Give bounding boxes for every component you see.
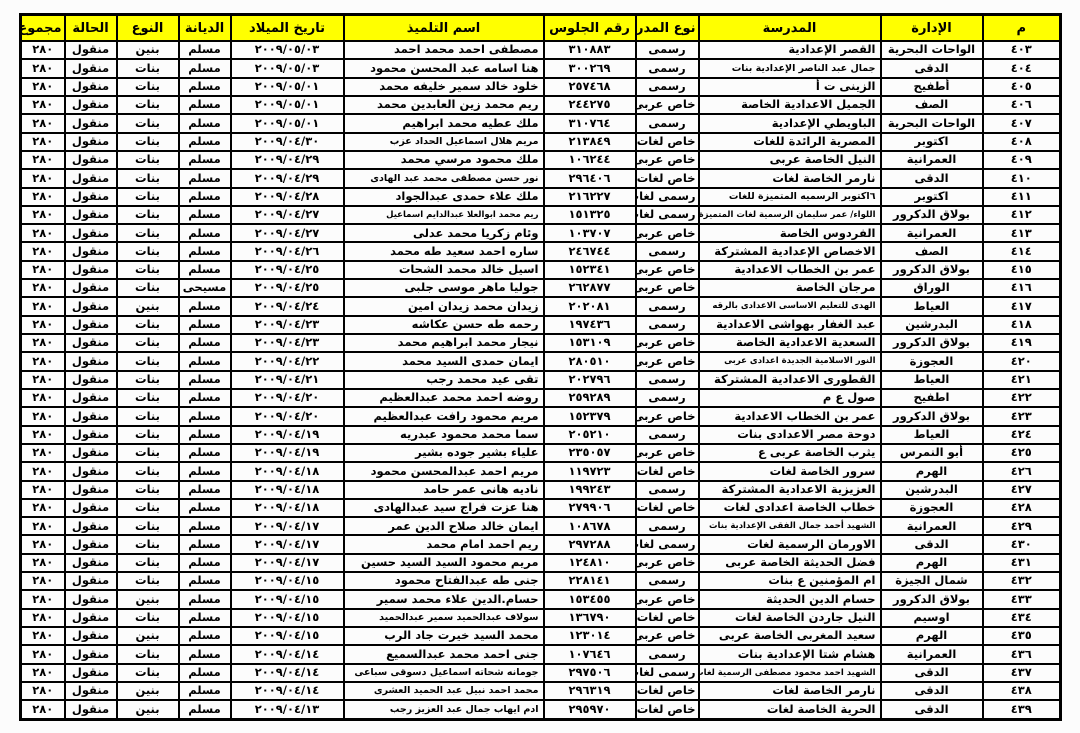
column-header-seat-number: رقم الجلوس	[544, 15, 636, 42]
table-row: ٤٠٨اكتوبرالمصرية الرائدة للغاتخاص لغات٢١…	[21, 133, 1061, 151]
cell-status: منقول	[65, 645, 117, 663]
cell-birth-date: ٢٠٠٩/٠٤/١٤	[231, 664, 344, 682]
cell-school: القطورى الاعدادية المشتركة	[699, 371, 881, 389]
cell-school: سعيد المغربى الخاصة عربى	[699, 627, 881, 645]
table-row: ٤١٨البدرشينعبد الغفار بهواشى الاعداديةرس…	[21, 316, 1061, 334]
cell-administration: الدقى	[881, 59, 983, 77]
cell-school-type: رسمى	[636, 297, 699, 315]
cell-status: منقول	[65, 188, 117, 206]
cell-birth-date: ٢٠٠٩/٠٤/٢٤	[231, 297, 344, 315]
cell-total: ٢٨٠	[21, 96, 65, 114]
cell-student-name: وئام زكريا محمد عدلى	[344, 224, 544, 242]
cell-school-type: خاص عربى	[636, 261, 699, 279]
cell-school: الحرية الخاصة لغات	[699, 700, 881, 719]
cell-student-name: اسيل خالد محمد الشحات	[344, 261, 544, 279]
cell-gender: بنات	[117, 664, 179, 682]
cell-student-name: ايمان حمدى السيد محمد	[344, 352, 544, 370]
table-row: ٤٢٢اطفيحصول ع مرسمى٢٥٩٢٨٩روضه احمد محمد …	[21, 389, 1061, 407]
cell-status: منقول	[65, 444, 117, 462]
cell-total: ٢٨٠	[21, 151, 65, 169]
cell-school: الفردوس الخاصة	[699, 224, 881, 242]
cell-school: الاخصاص الإعدادية المشتركة	[699, 242, 881, 260]
cell-administration: البدرشين	[881, 316, 983, 334]
cell-gender: بنات	[117, 96, 179, 114]
table-row: ٤٢١العياطالقطورى الاعدادية المشتركةرسمى٢…	[21, 371, 1061, 389]
cell-school-type: خاص لغات	[636, 700, 699, 719]
cell-row-number: ٤٢٦	[983, 462, 1061, 480]
cell-status: منقول	[65, 114, 117, 132]
cell-birth-date: ٢٠٠٩/٠٤/١٣	[231, 700, 344, 719]
cell-status: منقول	[65, 297, 117, 315]
cell-total: ٢٨٠	[21, 114, 65, 132]
cell-gender: بنات	[117, 554, 179, 572]
column-header-birth-date: تاريخ الميلاد	[231, 15, 344, 42]
cell-religion: مسلم	[179, 554, 231, 572]
cell-school-type: رسمى	[636, 481, 699, 499]
cell-row-number: ٤٣٠	[983, 535, 1061, 553]
cell-gender: بنات	[117, 462, 179, 480]
cell-gender: بنات	[117, 444, 179, 462]
cell-birth-date: ٢٠٠٩/٠٤/١٥	[231, 627, 344, 645]
cell-school: القصر الإعدادية	[699, 41, 881, 59]
cell-total: ٢٨٠	[21, 316, 65, 334]
cell-administration: أبو النمرس	[881, 444, 983, 462]
cell-gender: بنات	[117, 242, 179, 260]
cell-status: منقول	[65, 206, 117, 224]
cell-religion: مسلم	[179, 609, 231, 627]
cell-seat-number: ٢٤٤٢٧٥	[544, 96, 636, 114]
cell-total: ٢٨٠	[21, 242, 65, 260]
cell-status: منقول	[65, 700, 117, 719]
cell-administration: اوسيم	[881, 609, 983, 627]
cell-school: الجميل الاعدادية الخاصة	[699, 96, 881, 114]
cell-school-type: رسمى	[636, 316, 699, 334]
cell-student-name: هنا عزت فراج سيد عبدالهادى	[344, 499, 544, 517]
cell-school: سرور الخاصة لغات	[699, 462, 881, 480]
cell-religion: مسلم	[179, 41, 231, 59]
cell-seat-number: ٢٩٦٤٠٦	[544, 169, 636, 187]
column-header-row-number: م	[983, 15, 1061, 42]
cell-student-name: علياء بشير جوده بشير	[344, 444, 544, 462]
cell-birth-date: ٢٠٠٩/٠٤/٢٥	[231, 279, 344, 297]
cell-administration: الصف	[881, 242, 983, 260]
cell-row-number: ٤٣٣	[983, 590, 1061, 608]
table-row: ٤١٦الوراقمرجان الخاصةخاص عربى٢٦٢٨٧٧جوليا…	[21, 279, 1061, 297]
cell-status: منقول	[65, 554, 117, 572]
table-row: ٤٣٢شمال الجيزةام المؤمنين ع بناترسمى٢٢٨١…	[21, 572, 1061, 590]
cell-birth-date: ٢٠٠٩/٠٤/١٥	[231, 609, 344, 627]
table-header-row: مالإدارةالمدرسةنوع المدرسةرقم الجلوساسم …	[21, 15, 1061, 42]
cell-birth-date: ٢٠٠٩/٠٤/١٥	[231, 572, 344, 590]
cell-school-type: رسمى	[636, 242, 699, 260]
cell-school-type: رسمى	[636, 389, 699, 407]
cell-student-name: رحمه طه حسن عكاشه	[344, 316, 544, 334]
cell-row-number: ٤٢٨	[983, 499, 1061, 517]
cell-school: المصرية الرائدة للغات	[699, 133, 881, 151]
cell-religion: مسلم	[179, 114, 231, 132]
cell-religion: مسلم	[179, 517, 231, 535]
cell-school: النور الاسلامية الجديدة اعدادى عربى	[699, 352, 881, 370]
cell-religion: مسلم	[179, 371, 231, 389]
cell-gender: بنات	[117, 114, 179, 132]
cell-school-type: رسمى لغات	[636, 664, 699, 682]
cell-seat-number: ١٥١٣٢٥	[544, 206, 636, 224]
cell-student-name: مصطفى احمد محمد احمد	[344, 41, 544, 59]
student-results-page: { "colors": { "header_bg": "#ffff00", "b…	[0, 0, 1080, 733]
cell-gender: بنات	[117, 261, 179, 279]
cell-status: منقول	[65, 224, 117, 242]
cell-administration: اكتوبر	[881, 133, 983, 151]
cell-seat-number: ١٠٨٦٧٨	[544, 517, 636, 535]
cell-school-type: رسمى	[636, 41, 699, 59]
table-row: ٤٢٩العمرانيةالشهيد أحمد جمال الفقى الإعد…	[21, 517, 1061, 535]
cell-gender: بنات	[117, 334, 179, 352]
cell-administration: العمرانية	[881, 517, 983, 535]
cell-birth-date: ٢٠٠٩/٠٤/٢٩	[231, 151, 344, 169]
cell-seat-number: ١٢٤٨١٠	[544, 554, 636, 572]
cell-administration: الدقى	[881, 664, 983, 682]
cell-school-type: خاص عربى	[636, 407, 699, 425]
cell-school-type: خاص لغات	[636, 462, 699, 480]
cell-gender: بنات	[117, 426, 179, 444]
cell-total: ٢٨٠	[21, 371, 65, 389]
cell-row-number: ٤١٢	[983, 206, 1061, 224]
column-header-religion: الديانة	[179, 15, 231, 42]
cell-student-name: تقى عيد محمد رجب	[344, 371, 544, 389]
cell-status: منقول	[65, 352, 117, 370]
cell-administration: اطفيح	[881, 389, 983, 407]
table-row: ٤٣١الهرمفضل الحديثة الخاصة عربىخاص عربى١…	[21, 554, 1061, 572]
cell-total: ٢٨٠	[21, 133, 65, 151]
cell-seat-number: ٢٣٥٠٥٧	[544, 444, 636, 462]
cell-total: ٢٨٠	[21, 682, 65, 700]
cell-student-name: جنى احمد محمد عبدالسميع	[344, 645, 544, 663]
cell-row-number: ٤٣٥	[983, 627, 1061, 645]
cell-administration: شمال الجيزة	[881, 572, 983, 590]
cell-student-name: نور حسن مصطفى محمد عبد الهادى	[344, 169, 544, 187]
cell-religion: مسلم	[179, 151, 231, 169]
cell-row-number: ٤٣٧	[983, 664, 1061, 682]
cell-seat-number: ٢١٣٨٤٩	[544, 133, 636, 151]
cell-birth-date: ٢٠٠٩/٠٤/١٩	[231, 444, 344, 462]
cell-school-type: رسمى لغات	[636, 188, 699, 206]
cell-status: منقول	[65, 59, 117, 77]
cell-row-number: ٤٢٧	[983, 481, 1061, 499]
cell-student-name: محمد احمد نبيل عبد الحميد العشرى	[344, 682, 544, 700]
table-row: ٤٣٤اوسيمالنيل جاردن الخاصة لغاتخاص لغات١…	[21, 609, 1061, 627]
cell-religion: مسلم	[179, 389, 231, 407]
column-header-student-name: اسم التلميذ	[344, 15, 544, 42]
cell-birth-date: ٢٠٠٩/٠٤/٢٠	[231, 407, 344, 425]
cell-seat-number: ١٢٣٠١٤	[544, 627, 636, 645]
cell-school: جمال عبد الناصر الإعدادية بنات	[699, 59, 881, 77]
cell-school: حسام الدين الحديثة	[699, 590, 881, 608]
cell-status: منقول	[65, 572, 117, 590]
cell-religion: مسلم	[179, 426, 231, 444]
cell-birth-date: ٢٠٠٩/٠٤/١٤	[231, 682, 344, 700]
cell-student-name: جنى طه عبدالفتاح محمود	[344, 572, 544, 590]
cell-total: ٢٨٠	[21, 517, 65, 535]
cell-administration: الوراق	[881, 279, 983, 297]
cell-administration: بولاق الدكرور	[881, 334, 983, 352]
cell-gender: بنات	[117, 481, 179, 499]
cell-status: منقول	[65, 462, 117, 480]
table-row: ٤٠٦الصفالجميل الاعدادية الخاصةخاص عربى٢٤…	[21, 96, 1061, 114]
table-row: ٤٢٤العياطدوحة مصر الاعدادى بناترسمى٢٠٥٢١…	[21, 426, 1061, 444]
cell-religion: مسلم	[179, 664, 231, 682]
cell-school-type: خاص عربى	[636, 444, 699, 462]
cell-total: ٢٨٠	[21, 645, 65, 663]
student-results-table: مالإدارةالمدرسةنوع المدرسةرقم الجلوساسم …	[19, 13, 1062, 721]
cell-religion: مسلم	[179, 206, 231, 224]
cell-birth-date: ٢٠٠٩/٠٤/١٤	[231, 645, 344, 663]
cell-status: منقول	[65, 96, 117, 114]
cell-status: منقول	[65, 169, 117, 187]
cell-school: عمر بن الخطاب الاعدادية	[699, 407, 881, 425]
cell-student-name: روضه احمد محمد عبدالعظيم	[344, 389, 544, 407]
cell-row-number: ٤٠٤	[983, 59, 1061, 77]
cell-birth-date: ٢٠٠٩/٠٤/١٨	[231, 499, 344, 517]
cell-status: منقول	[65, 261, 117, 279]
cell-religion: مسلم	[179, 242, 231, 260]
cell-religion: مسلم	[179, 462, 231, 480]
cell-school: خطاب الخاصة اعدادى لغات	[699, 499, 881, 517]
cell-status: منقول	[65, 242, 117, 260]
cell-seat-number: ٢٩٧٥٠٦	[544, 664, 636, 682]
cell-student-name: مريم محمود السيد السيد حسين	[344, 554, 544, 572]
cell-status: منقول	[65, 371, 117, 389]
cell-total: ٢٨٠	[21, 41, 65, 59]
cell-total: ٢٨٠	[21, 334, 65, 352]
cell-administration: الدقى	[881, 682, 983, 700]
cell-seat-number: ٢٩٥٩٧٠	[544, 700, 636, 719]
cell-student-name: ادم ايهاب جمال عبد العزيز رجب	[344, 700, 544, 719]
cell-school-type: رسمى	[636, 78, 699, 96]
cell-student-name: مريم احمد عبدالمحسن محمود	[344, 462, 544, 480]
cell-student-name: ملك محمود مرسي محمد	[344, 151, 544, 169]
cell-school: نارمر الخاصة لغات	[699, 682, 881, 700]
cell-administration: الدقى	[881, 700, 983, 719]
cell-religion: مسلم	[179, 481, 231, 499]
cell-student-name: مريم هلال اسماعيل الحداد عزب	[344, 133, 544, 151]
cell-row-number: ٤٠٥	[983, 78, 1061, 96]
cell-seat-number: ١٥٣١٠٩	[544, 334, 636, 352]
cell-school: الزينى ت أ	[699, 78, 881, 96]
cell-administration: العمرانية	[881, 645, 983, 663]
cell-administration: بولاق الدكرور	[881, 590, 983, 608]
cell-religion: مسلم	[179, 261, 231, 279]
cell-birth-date: ٢٠٠٩/٠٥/٠٣	[231, 41, 344, 59]
cell-religion: مسلم	[179, 682, 231, 700]
cell-student-name: ريم احمد امام محمد	[344, 535, 544, 553]
cell-birth-date: ٢٠٠٩/٠٤/٢٠	[231, 389, 344, 407]
cell-total: ٢٨٠	[21, 426, 65, 444]
cell-seat-number: ٣١٠٨٨٣	[544, 41, 636, 59]
cell-school: العزيزية الاعدادية المشتركة	[699, 481, 881, 499]
column-header-school-type: نوع المدرسة	[636, 15, 699, 42]
cell-school-type: خاص لغات	[636, 169, 699, 187]
cell-school: الهدى للتعليم الاساسى الاعدادى بالرقه	[699, 297, 881, 315]
cell-row-number: ٤٣٤	[983, 609, 1061, 627]
cell-status: منقول	[65, 279, 117, 297]
cell-student-name: ناديه هانى عمر حامد	[344, 481, 544, 499]
cell-row-number: ٤١٩	[983, 334, 1061, 352]
cell-status: منقول	[65, 609, 117, 627]
cell-total: ٢٨٠	[21, 169, 65, 187]
cell-religion: مسلم	[179, 297, 231, 315]
cell-religion: مسلم	[179, 407, 231, 425]
cell-gender: بنات	[117, 316, 179, 334]
cell-birth-date: ٢٠٠٩/٠٤/٢٣	[231, 334, 344, 352]
cell-gender: بنات	[117, 535, 179, 553]
cell-religion: مسلم	[179, 535, 231, 553]
table-row: ٤٢٦الهرمسرور الخاصة لغاتخاص لغات١١٩٧٢٣مر…	[21, 462, 1061, 480]
cell-school-type: خاص عربى	[636, 352, 699, 370]
cell-row-number: ٤٢٠	[983, 352, 1061, 370]
cell-birth-date: ٢٠٠٩/٠٤/١٧	[231, 554, 344, 572]
cell-gender: بنات	[117, 169, 179, 187]
cell-row-number: ٤٢٥	[983, 444, 1061, 462]
cell-administration: الهرم	[881, 462, 983, 480]
cell-student-name: خلود خالد سمير خليفه محمد	[344, 78, 544, 96]
cell-total: ٢٨٠	[21, 700, 65, 719]
table-row: ٤٢٥أبو النمرسيثرب الخاصة عربى عخاص عربى٢…	[21, 444, 1061, 462]
cell-status: منقول	[65, 151, 117, 169]
cell-school-type: خاص عربى	[636, 279, 699, 297]
cell-total: ٢٨٠	[21, 188, 65, 206]
cell-row-number: ٤٠٧	[983, 114, 1061, 132]
cell-religion: مسلم	[179, 499, 231, 517]
cell-religion: مسلم	[179, 188, 231, 206]
cell-religion: مسلم	[179, 444, 231, 462]
cell-school-type: رسمى	[636, 645, 699, 663]
table-row: ٤٠٧الواحات البحريةالباويطي الإعداديةرسمى…	[21, 114, 1061, 132]
cell-birth-date: ٢٠٠٩/٠٤/٢٩	[231, 169, 344, 187]
cell-religion: مسلم	[179, 59, 231, 77]
cell-row-number: ٤١٥	[983, 261, 1061, 279]
cell-administration: العياط	[881, 371, 983, 389]
cell-religion: مسلم	[179, 96, 231, 114]
cell-student-name: هنا اسامه عبد المحسن محمود	[344, 59, 544, 77]
table-row: ٤٣٣بولاق الدكرورحسام الدين الحديثةخاص عر…	[21, 590, 1061, 608]
table-row: ٤٠٣الواحات البحريةالقصر الإعداديةرسمى٣١٠…	[21, 41, 1061, 59]
cell-school: الشهيد احمد محمود مصطفى الرسمية لغات	[699, 664, 881, 682]
cell-total: ٢٨٠	[21, 554, 65, 572]
cell-seat-number: ١٠٧٦٤٦	[544, 645, 636, 663]
cell-student-name: حسام.الدين علاء محمد سمير	[344, 590, 544, 608]
cell-total: ٢٨٠	[21, 78, 65, 96]
cell-administration: البدرشين	[881, 481, 983, 499]
cell-row-number: ٤١٨	[983, 316, 1061, 334]
cell-row-number: ٤٢٢	[983, 389, 1061, 407]
cell-status: منقول	[65, 334, 117, 352]
cell-gender: بنات	[117, 151, 179, 169]
cell-gender: بنات	[117, 371, 179, 389]
table-row: ٤٣٩الدقىالحرية الخاصة لغاتخاص لغات٢٩٥٩٧٠…	[21, 700, 1061, 719]
cell-gender: بنات	[117, 206, 179, 224]
cell-administration: الدقى	[881, 535, 983, 553]
cell-total: ٢٨٠	[21, 572, 65, 590]
cell-school-type: خاص عربى	[636, 96, 699, 114]
cell-gender: بنات	[117, 389, 179, 407]
table-row: ٤١٢بولاق الدكروراللواء/ عمر سليمان الرسم…	[21, 206, 1061, 224]
cell-gender: بنات	[117, 224, 179, 242]
cell-birth-date: ٢٠٠٩/٠٤/١٩	[231, 426, 344, 444]
cell-school: عمر بن الخطاب الاعدادية	[699, 261, 881, 279]
cell-row-number: ٤١٣	[983, 224, 1061, 242]
cell-birth-date: ٢٠٠٩/٠٤/٢١	[231, 371, 344, 389]
cell-school: الاورمان الرسمية لغات	[699, 535, 881, 553]
cell-status: منقول	[65, 41, 117, 59]
cell-school-type: خاص لغات	[636, 133, 699, 151]
cell-total: ٢٨٠	[21, 389, 65, 407]
table-row: ٤٢٣بولاق الدكرورعمر بن الخطاب الاعداديةخ…	[21, 407, 1061, 425]
cell-row-number: ٤٣٩	[983, 700, 1061, 719]
cell-religion: مسلم	[179, 645, 231, 663]
cell-seat-number: ٣١٠٧٦٤	[544, 114, 636, 132]
cell-seat-number: ١٩٩٢٤٣	[544, 481, 636, 499]
cell-school-type: خاص لغات	[636, 682, 699, 700]
cell-row-number: ٤٣٢	[983, 572, 1061, 590]
cell-school: ٦اكتوبر الرسميه المتميزة للغات	[699, 188, 881, 206]
cell-status: منقول	[65, 481, 117, 499]
cell-seat-number: ٢٤٦٧٤٤	[544, 242, 636, 260]
cell-gender: بنات	[117, 645, 179, 663]
table-row: ٤٣٨الدقىنارمر الخاصة لغاتخاص لغات٢٩٦٣١٩م…	[21, 682, 1061, 700]
cell-religion: مسلم	[179, 572, 231, 590]
cell-gender: بنات	[117, 499, 179, 517]
cell-total: ٢٨٠	[21, 499, 65, 517]
cell-row-number: ٤٣٨	[983, 682, 1061, 700]
cell-seat-number: ٢٩٧٢٨٨	[544, 535, 636, 553]
cell-gender: بنين	[117, 682, 179, 700]
cell-school-type: رسمى	[636, 371, 699, 389]
cell-religion: مسلم	[179, 78, 231, 96]
cell-school: اللواء/ عمر سليمان الرسمية لغات المتميزة	[699, 206, 881, 224]
table-row: ٤١٤الصفالاخصاص الإعدادية المشتركةرسمى٢٤٦…	[21, 242, 1061, 260]
cell-seat-number: ٣٠٠٢٦٩	[544, 59, 636, 77]
cell-administration: العجوزة	[881, 499, 983, 517]
cell-total: ٢٨٠	[21, 444, 65, 462]
cell-gender: بنات	[117, 517, 179, 535]
cell-birth-date: ٢٠٠٩/٠٤/٢٣	[231, 316, 344, 334]
cell-administration: العمرانية	[881, 151, 983, 169]
cell-seat-number: ٢٦٢٨٧٧	[544, 279, 636, 297]
table-row: ٤١٠الدقىنارمر الخاصة لغاتخاص لغات٢٩٦٤٠٦ن…	[21, 169, 1061, 187]
cell-administration: بولاق الدكرور	[881, 407, 983, 425]
cell-administration: العمرانية	[881, 224, 983, 242]
cell-birth-date: ٢٠٠٩/٠٤/٢٨	[231, 188, 344, 206]
cell-seat-number: ٢٨٠٥١٠	[544, 352, 636, 370]
cell-gender: بنات	[117, 59, 179, 77]
cell-row-number: ٤٠٦	[983, 96, 1061, 114]
cell-student-name: نيجار محمد ابراهيم محمد	[344, 334, 544, 352]
cell-school: الشهيد أحمد جمال الفقى الإعدادية بنات	[699, 517, 881, 535]
cell-row-number: ٤٣٦	[983, 645, 1061, 663]
cell-religion: مسلم	[179, 133, 231, 151]
cell-seat-number: ٢٠٢٧٩٦	[544, 371, 636, 389]
cell-row-number: ٤٢٣	[983, 407, 1061, 425]
cell-birth-date: ٢٠٠٩/٠٥/٠٣	[231, 59, 344, 77]
cell-student-name: ساره احمد سعيد طه محمد	[344, 242, 544, 260]
cell-status: منقول	[65, 682, 117, 700]
cell-row-number: ٤٢٤	[983, 426, 1061, 444]
cell-birth-date: ٢٠٠٩/٠٤/٢٦	[231, 242, 344, 260]
table-row: ٤٣٧الدقىالشهيد احمد محمود مصطفى الرسمية …	[21, 664, 1061, 682]
cell-birth-date: ٢٠٠٩/٠٤/٢٧	[231, 206, 344, 224]
cell-religion: مسلم	[179, 169, 231, 187]
cell-school-type: خاص عربى	[636, 590, 699, 608]
